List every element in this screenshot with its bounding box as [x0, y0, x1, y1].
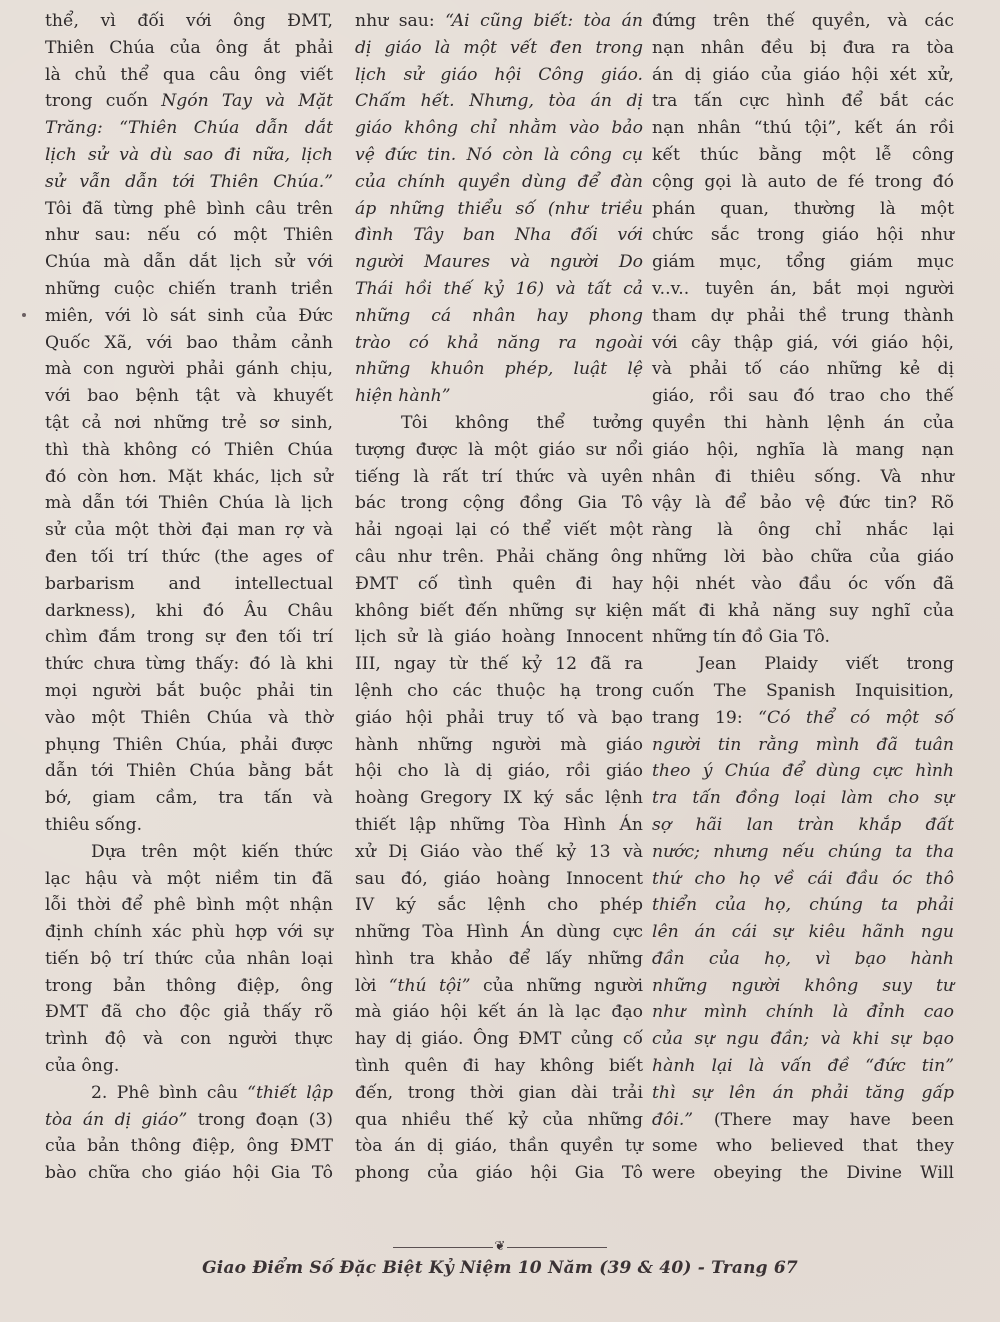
- text-line: giáo hội phải truy tố và bạo: [355, 705, 643, 732]
- text-line: bào chữa cho giáo hội Gia Tô: [45, 1160, 333, 1187]
- text-line: tình quên đi hay không biết: [355, 1053, 643, 1080]
- text-line: giáo không chỉ nhằm vào bảo: [355, 115, 643, 142]
- text-line: những cá nhân hay phong: [355, 303, 643, 330]
- text-line: thì thà không có Thiên Chúa: [45, 437, 333, 464]
- text-line: thiêu sống.: [45, 812, 333, 839]
- text-line: tra tấn đồng loại làm cho sự: [652, 785, 954, 812]
- text-line: trào có khả năng ra ngoài: [355, 330, 643, 357]
- text-line: sử của một thời đại man rợ và: [45, 517, 333, 544]
- text-line: cuốn The Spanish Inquisition,: [652, 678, 954, 705]
- text-line: theo ý Chúa để dùng cực hình: [652, 758, 954, 785]
- text-line: v..v.. tuyên án, bắt mọi người: [652, 276, 954, 303]
- text-line: phán quan, thường là một: [652, 196, 954, 223]
- text-line: tham dự phải thề trung thành: [652, 303, 954, 330]
- italic-segment: “thiết lập: [247, 1083, 333, 1103]
- text-line: Chấm hết. Nhưng, tòa án dị: [355, 88, 643, 115]
- text-line: tượng được là một giáo sư nổi: [355, 437, 643, 464]
- text-line: không biết đến những sự kiện: [355, 598, 643, 625]
- text-line: Trăng: “Thiên Chúa dẫn dắt: [45, 115, 333, 142]
- footer-title: Giao Điểm Số Đặc Biệt Kỷ Niệm 10 Năm (39…: [0, 1258, 1000, 1278]
- text-line: vệ đức tin. Nó còn là công cụ: [355, 142, 643, 169]
- text-line: tra tấn cực hình để bắt các: [652, 88, 954, 115]
- text-line: thứ cho họ về cái đầu óc thô: [652, 866, 954, 893]
- page-footer: ❦ Giao Điểm Số Đặc Biệt Kỷ Niệm 10 Năm (…: [0, 1240, 1000, 1278]
- text-column-2: như sau: “Ai cũng biết: tòa ándị giáo là…: [355, 8, 643, 1187]
- text-line: thì sự lên án phải tăng gấp: [652, 1080, 954, 1107]
- text-line: III, ngay từ thế kỷ 12 đã ra: [355, 651, 643, 678]
- text-line: trang 19: “Có thể có một số: [652, 705, 954, 732]
- text-line: những tín đồ Gia Tô.: [652, 624, 954, 651]
- text-line: ĐMT đã cho độc giả thấy rõ: [45, 999, 333, 1026]
- text-line: chức sắc trong giáo hội như: [652, 222, 954, 249]
- text-line: Chúa mà dẫn dắt lịch sử với: [45, 249, 333, 276]
- text-line: giám mục, tổng giám mục: [652, 249, 954, 276]
- text-line: Thiên Chúa của ông ắt phải: [45, 35, 333, 62]
- text-line: tòa án dị giáo, thần quyền tự: [355, 1133, 643, 1160]
- text-line: đình Tây ban Nha đối với: [355, 222, 643, 249]
- text-line: của ông.: [45, 1053, 333, 1080]
- text-line: vậy là để bảo vệ đức tin? Rõ: [652, 490, 954, 517]
- text-line: qua nhiều thế kỷ của những: [355, 1107, 643, 1134]
- text-line: Quốc Xã, với bao thảm cảnh: [45, 330, 333, 357]
- text-line: là chủ thể qua câu ông viết: [45, 62, 333, 89]
- text-line: như sau: nếu có một Thiên: [45, 222, 333, 249]
- text-line: chìm đắm trong sự đen tối trí: [45, 624, 333, 651]
- text-line: lệnh cho các thuộc hạ trong: [355, 678, 643, 705]
- text-line: định chính xác phù hợp với sự: [45, 919, 333, 946]
- text-line: Jean Plaidy viết trong: [652, 651, 954, 678]
- text-line: trong bản thông điệp, ông: [45, 973, 333, 1000]
- text-line: đó còn hơn. Mặt khác, lịch sử: [45, 464, 333, 491]
- text-line: some who believed that they: [652, 1133, 954, 1160]
- text-line: đôi.” (There may have been: [652, 1107, 954, 1134]
- divider-rule-left: [393, 1247, 493, 1248]
- text-line: giáo, rồi sau đó trao cho thế: [652, 383, 954, 410]
- text-line: sợ hãi lan tràn khắp đất: [652, 812, 954, 839]
- text-line: quyền thi hành lệnh án của: [652, 410, 954, 437]
- text-column-1: thể, vì đối với ông ĐMT,Thiên Chúa của ô…: [45, 8, 333, 1187]
- text-line: hội cho là dị giáo, rồi giáo: [355, 758, 643, 785]
- text-column-3: đứng trên thế quyền, và cácnạn nhân đều …: [652, 8, 954, 1187]
- text-line: những khuôn phép, luật lệ: [355, 356, 643, 383]
- text-line: người tin rằng mình đã tuân: [652, 732, 954, 759]
- text-line: nạn nhân đều bị đưa ra tòa: [652, 35, 954, 62]
- text-line: bác trong cộng đồng Gia Tô: [355, 490, 643, 517]
- text-line: lịch sử và dù sao đi nữa, lịch: [45, 142, 333, 169]
- text-line: thiết lập những Tòa Hình Án: [355, 812, 643, 839]
- text-line: thiển của họ, chúng ta phải: [652, 892, 954, 919]
- text-line: dị giáo là một vết đen trong: [355, 35, 643, 62]
- text-line: hội nhét vào đầu óc vốn đã: [652, 571, 954, 598]
- text-line: nước; nhưng nếu chúng ta tha: [652, 839, 954, 866]
- text-line: án dị giáo của giáo hội xét xử,: [652, 62, 954, 89]
- italic-segment: tòa án dị giáo”: [45, 1110, 187, 1130]
- text-line: câu như trên. Phải chăng ông: [355, 544, 643, 571]
- text-line: hình tra khảo để lấy những: [355, 946, 643, 973]
- italic-segment: Ngón Tay và Mặt: [161, 91, 333, 111]
- text-line: miên, với lò sát sinh của Đức: [45, 303, 333, 330]
- text-line: Thái hồi thế kỷ 16) và tất cả: [355, 276, 643, 303]
- text-line: lịch sử là giáo hoàng Innocent: [355, 624, 643, 651]
- text-line: lời “thú tội” của những người: [355, 973, 643, 1000]
- text-line: hoàng Gregory IX ký sắc lệnh: [355, 785, 643, 812]
- text-line: mà dẫn tới Thiên Chúa là lịch: [45, 490, 333, 517]
- text-line: lạc hậu và một niềm tin đã: [45, 866, 333, 893]
- text-line: sau đó, giáo hoàng Innocent: [355, 866, 643, 893]
- text-line: nhân đi thiêu sống. Và như: [652, 464, 954, 491]
- text-line: tật cả nơi những trẻ sơ sinh,: [45, 410, 333, 437]
- text-line: như mình chính là đỉnh cao: [652, 999, 954, 1026]
- text-line: phong của giáo hội Gia Tô: [355, 1160, 643, 1187]
- text-line: 2. Phê bình câu “thiết lập: [45, 1080, 333, 1107]
- text-line: phụng Thiên Chúa, phải được: [45, 732, 333, 759]
- text-line: với bao bệnh tật và khuyết: [45, 383, 333, 410]
- text-segment: của những người: [471, 976, 643, 996]
- text-line: tiếng là rất trí thức và uyên: [355, 464, 643, 491]
- paper-speck: [22, 313, 26, 317]
- text-line: nạn nhân “thú tội”, kết án rồi: [652, 115, 954, 142]
- italic-segment: đôi.”: [652, 1110, 693, 1130]
- text-line: và phải tố cáo những kẻ dị: [652, 356, 954, 383]
- text-line: với cây thập giá, với giáo hội,: [652, 330, 954, 357]
- footer-divider: ❦: [0, 1240, 1000, 1254]
- text-line: đần của họ, vì bạo hành: [652, 946, 954, 973]
- text-line: như sau: “Ai cũng biết: tòa án: [355, 8, 643, 35]
- text-line: của chính quyền dùng để đàn: [355, 169, 643, 196]
- text-line: hải ngoại lại có thể viết một: [355, 517, 643, 544]
- text-line: Dựa trên một kiến thức: [45, 839, 333, 866]
- text-line: giáo hội, nghĩa là mang nạn: [652, 437, 954, 464]
- text-line: đen tối trí thức (the ages of: [45, 544, 333, 571]
- divider-rule-right: [507, 1247, 607, 1248]
- text-line: lịch sử giáo hội Công giáo.: [355, 62, 643, 89]
- text-line: thể, vì đối với ông ĐMT,: [45, 8, 333, 35]
- fleuron-icon: ❦: [493, 1240, 508, 1254]
- text-line: Tôi không thể tưởng: [355, 410, 643, 437]
- text-line: người Maures và người Do: [355, 249, 643, 276]
- text-line: đứng trên thế quyền, và các: [652, 8, 954, 35]
- text-line: hiện hành”: [355, 383, 643, 410]
- text-line: những người không suy tư: [652, 973, 954, 1000]
- text-line: mất đi khả năng suy nghĩ của: [652, 598, 954, 625]
- text-line: hành lại là vấn đề “đức tin”: [652, 1053, 954, 1080]
- text-segment: như sau:: [355, 11, 445, 31]
- text-line: xử Dị Giáo vào thế kỷ 13 và: [355, 839, 643, 866]
- text-line: lên án cái sự kiêu hãnh ngu: [652, 919, 954, 946]
- text-segment: trang 19:: [652, 708, 758, 728]
- text-line: những lời bào chữa của giáo: [652, 544, 954, 571]
- italic-segment: “Có thể có một số: [758, 708, 954, 728]
- text-line: IV ký sắc lệnh cho phép: [355, 892, 643, 919]
- text-line: were obeying the Divine Will: [652, 1160, 954, 1187]
- text-line: những cuộc chiến tranh triền: [45, 276, 333, 303]
- text-line: cộng gọi là auto de fé trong đó: [652, 169, 954, 196]
- text-line: vào một Thiên Chúa và thờ: [45, 705, 333, 732]
- text-segment: (There may have been: [693, 1110, 954, 1130]
- italic-segment: “thú tội”: [389, 976, 471, 996]
- text-line: trình độ và con người thực: [45, 1026, 333, 1053]
- text-line: hành những người mà giáo: [355, 732, 643, 759]
- text-line: của bản thông điệp, ông ĐMT: [45, 1133, 333, 1160]
- text-line: Tôi đã từng phê bình câu trên: [45, 196, 333, 223]
- text-line: barbarism and intellectual: [45, 571, 333, 598]
- text-segment: lời: [355, 976, 389, 996]
- text-segment: 2. Phê bình câu: [91, 1083, 247, 1103]
- text-line: đến, trong thời gian dài trải: [355, 1080, 643, 1107]
- text-line: tiến bộ trí thức của nhân loại: [45, 946, 333, 973]
- text-segment: trong cuốn: [45, 91, 161, 111]
- text-line: bớ, giam cầm, tra tấn và: [45, 785, 333, 812]
- text-line: của sự ngu đần; và khi sự bạo: [652, 1026, 954, 1053]
- text-line: kết thúc bằng một lễ công: [652, 142, 954, 169]
- text-line: darkness), khi đó Âu Châu: [45, 598, 333, 625]
- text-line: thức chưa từng thấy: đó là khi: [45, 651, 333, 678]
- text-line: những Tòa Hình Án dùng cực: [355, 919, 643, 946]
- text-line: mà con người phải gánh chịu,: [45, 356, 333, 383]
- text-line: áp những thiểu số (như triều: [355, 196, 643, 223]
- text-line: trong cuốn Ngón Tay và Mặt: [45, 88, 333, 115]
- text-line: dẫn tới Thiên Chúa bằng bắt: [45, 758, 333, 785]
- text-line: ĐMT cố tình quên đi hay: [355, 571, 643, 598]
- italic-segment: “Ai cũng biết: tòa án: [445, 11, 643, 31]
- text-line: mọi người bắt buộc phải tin: [45, 678, 333, 705]
- text-line: lỗi thời để phê bình một nhận: [45, 892, 333, 919]
- text-line: sử vẫn dẫn tới Thiên Chúa.”: [45, 169, 333, 196]
- text-line: ràng là ông chỉ nhắc lại: [652, 517, 954, 544]
- text-segment: trong đoạn (3): [187, 1110, 333, 1130]
- text-line: mà giáo hội kết án là lạc đạo: [355, 999, 643, 1026]
- text-line: hay dị giáo. Ông ĐMT củng cố: [355, 1026, 643, 1053]
- text-line: tòa án dị giáo” trong đoạn (3): [45, 1107, 333, 1134]
